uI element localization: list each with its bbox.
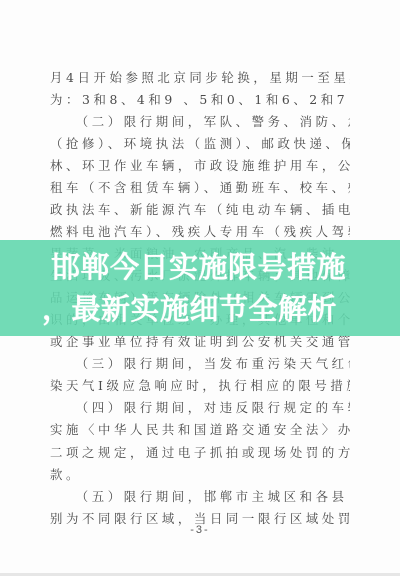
document-line: 实施〈中华人民共和国道路交通安全法〉办法》第七十九条第: [50, 419, 350, 441]
document-line: 林、环卫作业车辆，市政设施维护用车，公交车、客运车、出: [50, 155, 350, 177]
document-line: 染天气Ⅰ级应急响应时，执行相应的限号措施。: [50, 375, 350, 397]
document-line: （二）限行期间，军队、警务、消防、急救、应急抢险: [50, 111, 350, 133]
document-line: 为：3和8、4和9 、5和0、1和6、2和7 。: [50, 89, 350, 111]
document-line: （抢修）、环境执法（监测）、邮政快递、保险勘验、救援、园: [50, 133, 350, 155]
document-line: 月4日开始参照北京同步轮换，星期一至星期五限行尾号调整: [50, 67, 350, 89]
document-line: 政执法车、新能源汽车（纯电动车辆、插电式混合动力车辆、: [50, 199, 350, 221]
headline-title-line-1: 邯郸今日实施限号措施: [51, 250, 346, 284]
page-number: -3-: [0, 524, 400, 536]
document-line: （四）限行期间，对违反限行规定的车辆，依照《河北省: [50, 397, 350, 419]
document-line: （五）限行期间，邯郸市主城区和各县（市、区）城区分: [50, 486, 350, 508]
document-line: 二项之规定，通过电子抓拍或现场处罚的方式，处以一百元罚: [50, 442, 350, 464]
document-line: 款。: [50, 464, 350, 486]
headline-title-line-2: ，最新实施细节全解析: [42, 292, 337, 326]
document-line: （三）限行期间，当发布重污染天气红色预警，启动重污: [50, 353, 350, 375]
document-line: 租车（不含租赁车辆）、通勤班车、校车、殡仪馆的殡葬车、行: [50, 177, 350, 199]
